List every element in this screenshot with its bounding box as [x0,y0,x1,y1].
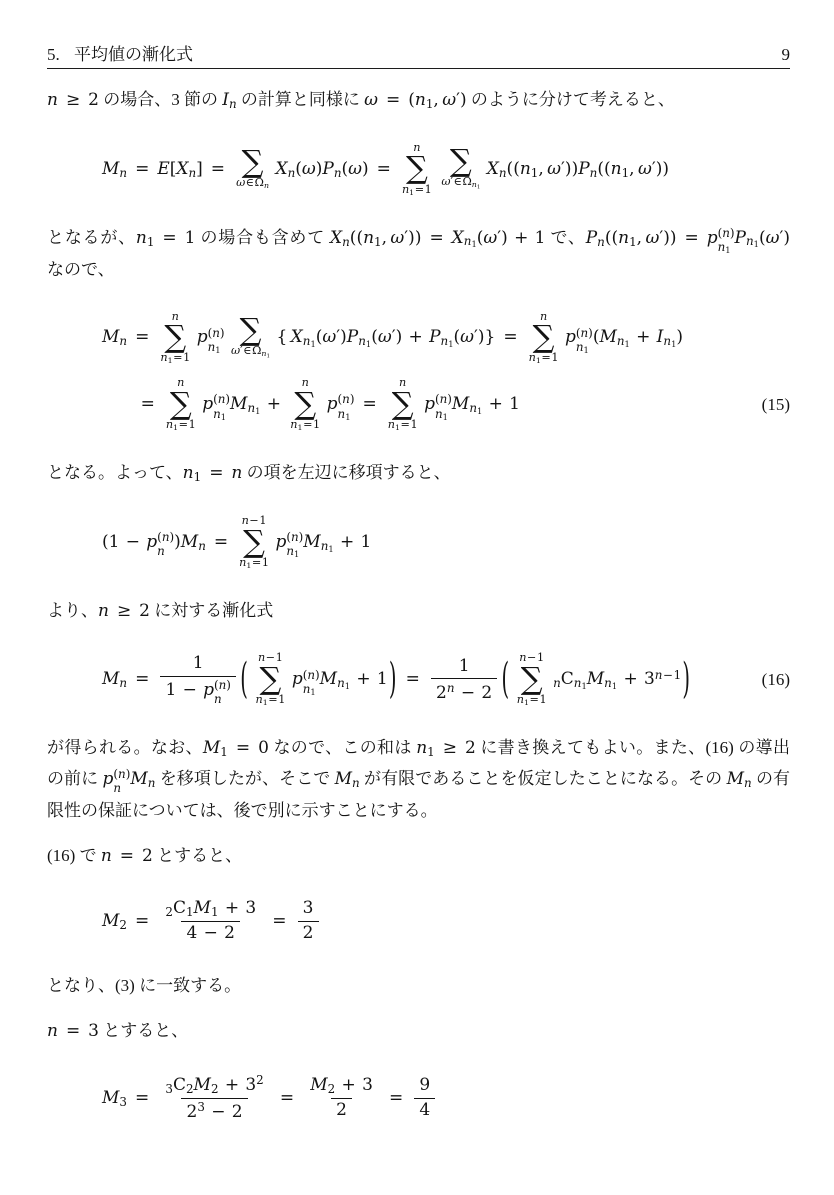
section-number: 5. [47,45,60,64]
paragraph: n ≥ 2 の場合、3 節の In の計算と同様に ω = (n1, ω′) の… [47,85,790,116]
equation-math: Mn = 11 − p(n)n( n−1∑n1=1 p(n)n1Mn1 + 1)… [102,669,691,689]
display-equation: (1 − p(n)n)Mn = n−1∑n1=1 p(n)n1Mn1 + 1 [47,515,790,570]
display-equation: M3 = 3C2M2 + 3223 − 2 = M2 + 32 = 94 [47,1073,790,1124]
equation-math: (1 − p(n)n)Mn = n−1∑n1=1 p(n)n1Mn1 + 1 [102,532,371,552]
paragraph: となり、(3) に一致する。 [47,971,790,1001]
paragraph: (16) で n = 2 とすると、 [47,841,790,872]
equation-line: = n∑n1=1 p(n)n1Mn1 + n∑n1=1 p(n)n1 = n∑n… [136,377,790,432]
paragraph: となる。よって、n1 = n の項を左辺に移項すると、 [47,458,790,489]
paragraph: となるが、n1 = 1 の場合も含めて Xn((n1, ω′)) = Xn1(ω… [47,223,790,285]
page-number: 9 [782,45,791,65]
display-equation: Mn = 11 − p(n)n( n−1∑n1=1 p(n)n1Mn1 + 1)… [47,652,790,707]
section-heading: 5. 平均値の漸化式 [47,40,193,65]
equation-math: Mn = n∑n1=1 p(n)n1 ∑ω′∈Ωn1 { Xn1(ω′)Pn1(… [102,327,683,347]
equation-math: = n∑n1=1 p(n)n1Mn1 + n∑n1=1 p(n)n1 = n∑n… [136,394,520,414]
equation-math: Mn = E[Xn] = ∑ω∈Ωn Xn(ω)Pn(ω) = n∑n1=1 ∑… [102,159,669,179]
section-title: 平均値の漸化式 [74,45,193,64]
equation-math: M2 = 2C1M1 + 34 − 2 = 32 [102,911,322,931]
display-equation: Mn = n∑n1=1 p(n)n1 ∑ω′∈Ωn1 { Xn1(ω′)Pn1(… [47,311,790,433]
document-page: 5. 平均値の漸化式 9 n ≥ 2 の場合、3 節の In の計算と同様に ω… [0,0,834,1195]
paragraph: n = 3 とすると、 [47,1016,790,1047]
paragraph: より、n ≥ 2 に対する漸化式 [47,596,790,627]
equation-number: (16) [762,670,790,690]
page-header: 5. 平均値の漸化式 9 [47,40,790,69]
equation-math: M3 = 3C2M2 + 3223 − 2 = M2 + 32 = 94 [102,1088,438,1108]
equation-number: (15) [762,395,790,415]
paragraph: が得られる。なお、M1 = 0 なので、この和は n1 ≥ 2 に書き換えてもよ… [47,733,790,825]
header-rule [47,68,790,69]
header-row: 5. 平均値の漸化式 9 [47,40,790,68]
display-equation: M2 = 2C1M1 + 34 − 2 = 32 [47,898,790,945]
display-equation: Mn = E[Xn] = ∑ω∈Ωn Xn(ω)Pn(ω) = n∑n1=1 ∑… [47,142,790,197]
equation-line: Mn = n∑n1=1 p(n)n1 ∑ω′∈Ωn1 { Xn1(ω′)Pn1(… [102,311,790,366]
